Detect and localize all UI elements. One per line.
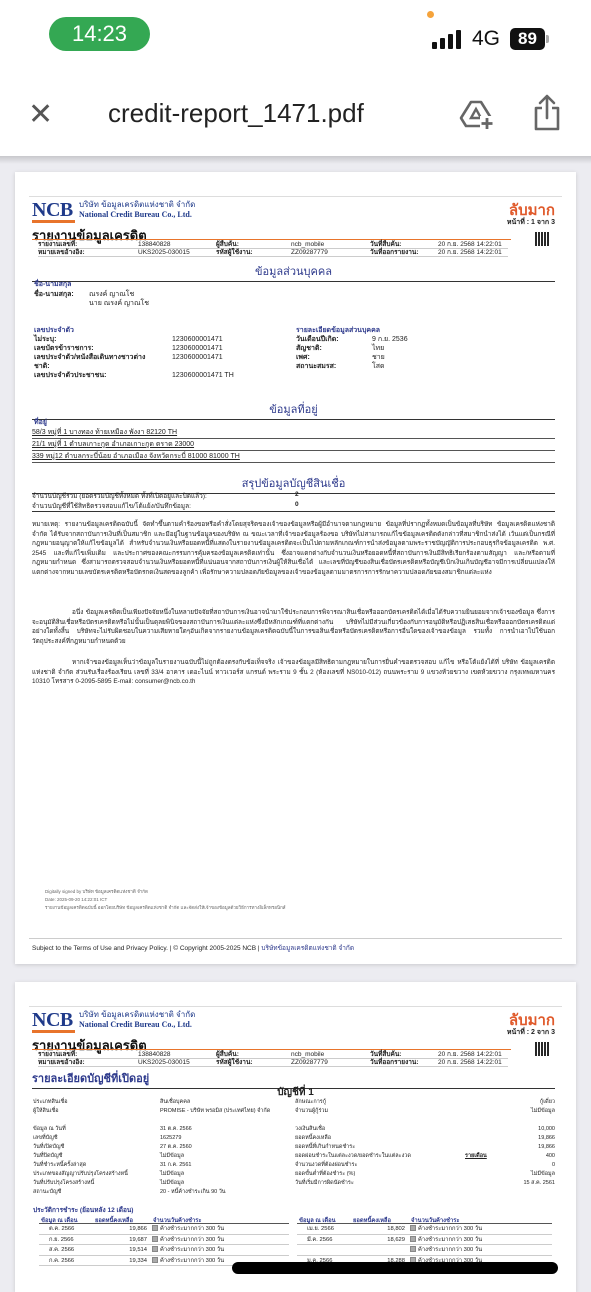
- field-value: 0: [552, 1161, 555, 1170]
- field-value: ไม่มีข้อมูล: [160, 1179, 295, 1188]
- divider: [32, 511, 555, 512]
- name-heading: ชื่อ-นามสกุล: [34, 279, 71, 290]
- report-meta: รายงานเลขที่: 138840828 ผู้สืบค้น: ncb_m…: [38, 1051, 508, 1067]
- id-label: เลขบัตรข้าราชการ:: [34, 344, 94, 353]
- payment-status: ค้างชำระมากกว่า 300 วัน: [410, 1245, 482, 1255]
- field-label: วันที่ชำระหนี้ครั้งล่าสุด: [33, 1161, 86, 1170]
- company-name: บริษัท ข้อมูลเครดิตแห่งชาติ จำกัด Nation…: [79, 1010, 195, 1030]
- payment-status: ค้างชำระมากกว่า 300 วัน: [152, 1245, 224, 1255]
- status-box-icon: [152, 1225, 158, 1231]
- status-box-icon: [152, 1257, 158, 1263]
- payment-status: ค้างชำระมากกว่า 300 วัน: [410, 1235, 482, 1245]
- detail-value: โสด: [372, 362, 385, 371]
- detail-row: สัญชาติ:ไทย: [296, 344, 536, 353]
- detail-value: ชาย: [372, 353, 385, 362]
- id-label: เลขประจำตัวประชาชน:: [34, 371, 106, 380]
- account-row: ข้อมูล ณ วันที่31 ต.ค. 2566วงเงินสินเชื่…: [33, 1125, 555, 1134]
- payment-header: ข้อมูล ณ เดือนยอดหนี้คงเหลือจำนวนวันค้าง…: [297, 1215, 552, 1224]
- account-row: สถานะบัญชี20 - หนี้ค้างชำระเกิน 90 วัน: [33, 1188, 555, 1197]
- signal-icon: [432, 29, 464, 49]
- qr-code-icon: [535, 232, 549, 246]
- field-value: 400: [546, 1152, 555, 1161]
- detail-value: 9 ก.ย. 2536: [372, 335, 408, 344]
- monthly-link[interactable]: รายเดือน: [465, 1152, 487, 1161]
- status-box-icon: [410, 1246, 416, 1252]
- add-to-drive-icon[interactable]: [458, 96, 494, 132]
- payment-status-text: ค้างชำระมากกว่า 300 วัน: [418, 1247, 482, 1253]
- id-row: เลขบัตรข้าราชการ:1230600001471: [34, 344, 294, 353]
- summary-value: 0: [295, 501, 299, 508]
- field-label: วันที่ปิดบัญชี: [33, 1152, 62, 1161]
- address-row: 339 หมู่12 ตำบลกระบี่น้อย อำเภอเมือง จัง…: [32, 452, 555, 463]
- payment-status-text: ค้างชำระมากกว่า 300 วัน: [418, 1226, 482, 1232]
- close-icon[interactable]: ✕: [28, 100, 53, 130]
- detail-label: สัญชาติ:: [296, 344, 322, 353]
- account-details: ประเภทสินเชื่อสินเชื่อบุคคลลักษณะการกู้ก…: [33, 1098, 555, 1197]
- field-value: 19,866: [538, 1143, 555, 1152]
- pdf-page-1: NCB บริษัท ข้อมูลเครดิตแห่งชาติ จำกัด Na…: [15, 172, 576, 964]
- account-row: วันที่ปรับปรุงโครงสร้างหนี้ไม่มีข้อมูลวั…: [33, 1179, 555, 1188]
- payment-row: ส.ค. 256619,514ค้างชำระมากกว่า 300 วัน: [39, 1245, 289, 1256]
- status-box-icon: [410, 1236, 416, 1242]
- divider: [29, 938, 562, 939]
- field-value: 1625279: [160, 1134, 295, 1143]
- account-row: วันที่ปิดบัญชีไม่มีข้อมูลยอดผ่อนชำระในแต…: [33, 1152, 555, 1161]
- payment-row: เม.ย. 256618,802ค้างชำระมากกว่า 300 วัน: [297, 1224, 552, 1235]
- share-icon[interactable]: [532, 94, 562, 132]
- payment-row: มี.ค. 256618,629ค้างชำระมากกว่า 300 วัน: [297, 1235, 552, 1246]
- id-label: ไม่ระบุ:: [34, 335, 56, 344]
- address-row: 21/1 หมู่ที่ 1 ตำบลเกาะกูด อำเภอเกาะกูด …: [32, 440, 555, 451]
- payment-status: ค้างชำระมากกว่า 300 วัน: [410, 1224, 482, 1234]
- field-label: ผู้ให้สินเชื่อ: [33, 1107, 59, 1116]
- payment-row: ก.ย. 256619,687ค้างชำระมากกว่า 300 วัน: [39, 1235, 289, 1246]
- id-label: ชาติ:: [34, 362, 50, 371]
- page-footer: Subject to the Terms of Use and Privacy …: [32, 943, 354, 953]
- redaction-mark: [232, 1262, 558, 1274]
- detail-label: วันเดือนปีเกิด:: [296, 335, 339, 344]
- payment-month: ก.ย. 2566: [49, 1235, 74, 1245]
- field-value: 19,866: [538, 1134, 555, 1143]
- disclaimer-note-3: หากเจ้าของข้อมูลเห็นว่าข้อมูลในรายงานฉบั…: [32, 658, 555, 687]
- field-value: ไม่มีข้อมูล: [160, 1152, 295, 1161]
- field-value: 10,000: [538, 1125, 555, 1134]
- id-row: ไม่ระบุ:1230600001471: [34, 335, 294, 344]
- payment-month: เม.ย. 2566: [307, 1224, 334, 1234]
- field-value: ไม่มีข้อมูล: [531, 1170, 555, 1179]
- payment-status-text: ค้างชำระมากกว่า 300 วัน: [160, 1226, 224, 1232]
- page-number: หน้าที่ : 1 จาก 3: [507, 217, 555, 228]
- field-label: ลักษณะการกู้: [295, 1098, 326, 1107]
- account-row: เลขที่บัญชี1625279ยอดหนี้คงเหลือ19,866: [33, 1134, 555, 1143]
- divider: [32, 1049, 511, 1050]
- payment-balance: 19,687: [99, 1235, 147, 1245]
- id-label: เลขประจำตัว/หนังสือเดินทางชาวต่าง: [34, 353, 145, 362]
- field-value: 20 - หนี้ค้างชำระเกิน 90 วัน: [160, 1188, 295, 1197]
- field-value: 31 ต.ค. 2566: [160, 1125, 295, 1134]
- field-label: วงเงินสินเชื่อ: [295, 1125, 325, 1134]
- payment-status: ค้างชำระมากกว่า 300 วัน: [152, 1235, 224, 1245]
- payment-month: มี.ค. 2566: [307, 1235, 332, 1245]
- id-row: เลขประจำตัวประชาชน:1230600001471 TH: [34, 371, 294, 380]
- payment-balance: 19,866: [99, 1224, 147, 1234]
- payment-balance: 18,802: [357, 1224, 405, 1234]
- details-list: วันเดือนปีเกิด:9 ก.ย. 2536สัญชาติ:ไทยเพศ…: [296, 335, 536, 371]
- company-name: บริษัท ข้อมูลเครดิตแห่งชาติ จำกัด Nation…: [79, 200, 195, 220]
- field-label: วันที่เปิดบัญชี: [33, 1143, 64, 1152]
- field-label: ยอดหนี้คงเหลือ: [295, 1134, 331, 1143]
- account-row: ประเภทของสัญญาปรับปรุงโครงสร้างหนี้ไม่มี…: [33, 1170, 555, 1179]
- section-personal: ข้อมูลส่วนบุคคล: [32, 262, 555, 282]
- summary-value: 2: [295, 491, 299, 498]
- account-row: ประเภทสินเชื่อสินเชื่อบุคคลลักษณะการกู้ก…: [33, 1098, 555, 1107]
- field-label: จำนวนงวดที่ต้องผ่อนชำระ: [295, 1161, 357, 1170]
- summary-label: จำนวนบัญชีที่ใช้สิทธิตรวจสอบแก้ไข/โต้แย้…: [32, 503, 191, 510]
- ncb-logo: NCB: [32, 1011, 75, 1033]
- payment-balance: 18,629: [357, 1235, 405, 1245]
- payment-balance: 19,334: [99, 1256, 147, 1266]
- payment-status-text: ค้างชำระมากกว่า 300 วัน: [160, 1258, 224, 1264]
- name-field: ชื่อ-นามสกุล:: [34, 290, 74, 299]
- field-value: PROMISE - บริษัท พรอมิส (ประเทศไทย) จำกั…: [160, 1107, 295, 1116]
- payment-history-title: ประวัติการชำระ (ย้อนหลัง 12 เดือน): [33, 1205, 133, 1215]
- field-label: สถานะบัญชี: [33, 1188, 61, 1197]
- address-heading: ที่อยู่: [34, 417, 47, 428]
- payment-status-text: ค้างชำระมากกว่า 300 วัน: [160, 1237, 224, 1243]
- field-value: ไม่มีข้อมูล: [531, 1107, 555, 1116]
- divider: [29, 1006, 562, 1007]
- account-row: วันที่เปิดบัญชี27 ต.ค. 2560ยอดหนี้ที่เกิ…: [33, 1143, 555, 1152]
- payment-status: ค้างชำระมากกว่า 300 วัน: [152, 1256, 224, 1266]
- detail-row: สถานะสมรส:โสด: [296, 362, 536, 371]
- status-box-icon: [152, 1236, 158, 1242]
- status-bar: 14:23 4G 89: [0, 0, 591, 70]
- clock: 14:23: [49, 17, 150, 51]
- report-meta: รายงานเลขที่: 138840828 ผู้สืบค้น: ncb_m…: [38, 241, 508, 257]
- payment-history-right: ข้อมูล ณ เดือนยอดหนี้คงเหลือจำนวนวันค้าง…: [297, 1215, 552, 1266]
- account-row: ผู้ให้สินเชื่อPROMISE - บริษัท พรอมิส (ป…: [33, 1107, 555, 1125]
- payment-month: ก.ค. 2566: [49, 1256, 74, 1266]
- field-label: จำนวนผู้กู้ร่วม: [295, 1107, 328, 1116]
- battery-icon: 89: [510, 28, 545, 50]
- privacy-indicator-dot: [427, 11, 434, 18]
- disclaimer-note: หมายเหตุ: รายงานข้อมูลเครดิตฉบับนี้ จัดท…: [32, 520, 555, 577]
- field-label: เลขที่บัญชี: [33, 1134, 58, 1143]
- status-box-icon: [152, 1246, 158, 1252]
- battery-nub: [546, 35, 549, 43]
- field-value: 31 ก.ค. 2561: [160, 1161, 295, 1170]
- pdf-page-2: NCB บริษัท ข้อมูลเครดิตแห่งชาติ จำกัด Na…: [15, 982, 576, 1280]
- id-row: เลขประจำตัว/หนังสือเดินทางชาวต่าง1230600…: [34, 353, 294, 362]
- detail-value: ไทย: [372, 344, 384, 353]
- field-label: ยอดขั้นต่ำที่ต้องชำระ (%): [295, 1170, 355, 1179]
- payment-status-text: ค้างชำระมากกว่า 300 วัน: [418, 1237, 482, 1243]
- detail-label: เพศ:: [296, 353, 310, 362]
- field-label: ประเภทสินเชื่อ: [33, 1098, 68, 1107]
- payment-balance: 19,514: [99, 1245, 147, 1255]
- divider: [32, 239, 511, 240]
- address-row: 58/3 หมู่ที่ 1 บางทอง ท้ายเหมือง พังงา 8…: [32, 428, 555, 439]
- id-value: 1230600001471 TH: [172, 371, 234, 380]
- field-value: สินเชื่อบุคคล: [160, 1098, 295, 1107]
- divider: [29, 196, 562, 197]
- summary-label: จำนวนบัญชีรวม (ยอดรวมบัญชีทั้งหมด ทั้งที…: [32, 493, 207, 500]
- payment-row: ต.ค. 256619,866ค้างชำระมากกว่า 300 วัน: [39, 1224, 289, 1235]
- id-list: ไม่ระบุ:1230600001471เลขบัตรข้าราชการ:12…: [34, 335, 294, 380]
- disclaimer-note-2: อนึ่ง ข้อมูลเครดิตเป็นเพียงปัจจัยหนึ่งใน…: [32, 608, 555, 646]
- viewer-toolbar: ✕ credit-report_1471.pdf: [0, 70, 591, 156]
- id-row: ชาติ:: [34, 362, 294, 371]
- field-value: ไม่มีข้อมูล: [160, 1170, 295, 1179]
- status-box-icon: [410, 1225, 416, 1231]
- field-label: วันที่ปรับปรุงโครงสร้างหนี้: [33, 1179, 94, 1188]
- page-number: หน้าที่ : 2 จาก 3: [507, 1027, 555, 1038]
- field-label: ยอดผ่อนชำระในแต่ละงวด/ยอดชำระในแต่ละงวด: [295, 1152, 411, 1161]
- toolbar-shadow: [0, 156, 591, 164]
- network-type: 4G: [472, 27, 500, 51]
- digital-signature: Digitally signed by บริษัท ข้อมูลเครดิตแ…: [45, 888, 286, 912]
- summary-row: จำนวนบัญชีรวม (ยอดรวมบัญชีทั้งหมด ทั้งที…: [32, 491, 555, 501]
- detail-row: เพศ:ชาย: [296, 353, 536, 362]
- field-label: ประเภทของสัญญาปรับปรุงโครงสร้างหนี้: [33, 1170, 128, 1179]
- qr-code-icon: [535, 1042, 549, 1056]
- ncb-logo: NCB: [32, 201, 75, 223]
- payment-history-left: ข้อมูล ณ เดือนยอดหนี้คงเหลือจำนวนวันค้าง…: [39, 1215, 289, 1266]
- field-label: ข้อมูล ณ วันที่: [33, 1125, 66, 1134]
- summary-row: จำนวนบัญชีที่ใช้สิทธิตรวจสอบแก้ไข/โต้แย้…: [32, 501, 555, 511]
- field-label: วันที่เริ่มมีการผิดนัดชำระ: [295, 1179, 354, 1188]
- detail-row: วันเดือนปีเกิด:9 ก.ย. 2536: [296, 335, 536, 344]
- payment-month: ต.ค. 2566: [49, 1224, 74, 1234]
- payment-month: ส.ค. 2566: [49, 1245, 74, 1255]
- payment-status: ค้างชำระมากกว่า 300 วัน: [152, 1224, 224, 1234]
- field-label: ยอดหนี้ที่เกินกำหนดชำระ: [295, 1143, 355, 1152]
- field-value: กู้เดี่ยว: [540, 1098, 555, 1107]
- payment-header: ข้อมูล ณ เดือนยอดหนี้คงเหลือจำนวนวันค้าง…: [39, 1215, 289, 1224]
- id-value: 1230600001471: [172, 335, 223, 344]
- field-value: 15 ส.ค. 2561: [523, 1179, 555, 1188]
- footer-company-link[interactable]: บริษัทข้อมูลเครดิตแห่งชาติ จำกัด: [261, 945, 354, 952]
- payment-status-text: ค้างชำระมากกว่า 300 วัน: [160, 1247, 224, 1253]
- account-row: วันที่ชำระหนี้ครั้งล่าสุด31 ก.ค. 2561จำน…: [33, 1161, 555, 1170]
- id-value: 1230600001471: [172, 344, 223, 353]
- id-value: 1230600001471: [172, 353, 223, 362]
- document-title: credit-report_1471.pdf: [108, 98, 364, 129]
- field-value: 27 ต.ค. 2560: [160, 1143, 295, 1152]
- detail-label: สถานะสมรส:: [296, 362, 336, 371]
- payment-row: ค้างชำระมากกว่า 300 วัน: [297, 1245, 552, 1256]
- section-address: ข้อมูลที่อยู่: [32, 400, 555, 420]
